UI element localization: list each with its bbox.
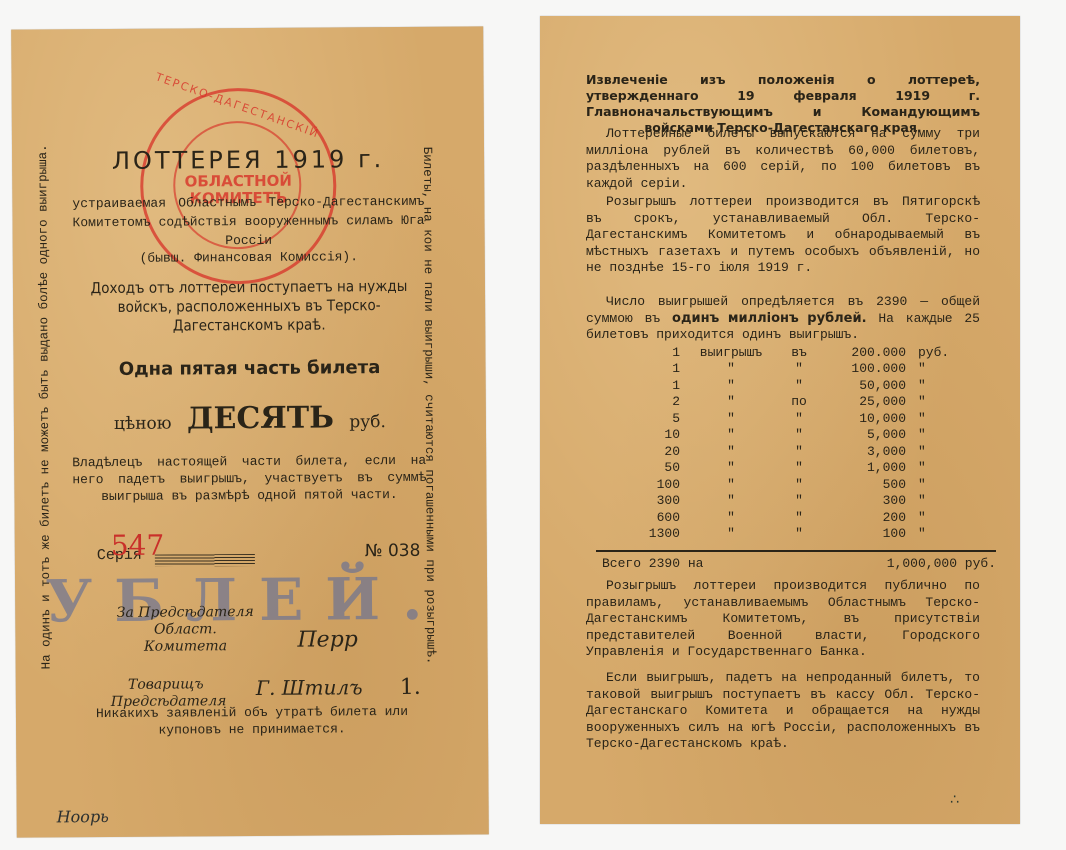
prize-prep: "	[776, 443, 822, 460]
value-suffix: руб.	[349, 412, 386, 432]
prize-amount: 5,000	[822, 427, 912, 444]
owner-note: Владѣлецъ настоящей части билета, если н…	[72, 452, 426, 505]
prize-prep: "	[776, 509, 822, 526]
prize-unit: "	[912, 394, 964, 411]
prize-unit: "	[912, 361, 964, 378]
prize-unit: руб.	[912, 344, 964, 361]
chairman-label: За Предсѣдателя Област. Комитета	[110, 604, 260, 656]
prize-amount: 100	[822, 526, 912, 543]
prize-count: 1300	[640, 526, 686, 543]
loss-notice: Никакихъ заявленій объ утратѣ билета или…	[76, 703, 428, 739]
prize-prep: въ	[776, 344, 822, 361]
prize-unit: "	[912, 476, 964, 493]
coupon-number: 1.	[400, 675, 421, 700]
prize-word: выигрышъ	[686, 344, 776, 361]
prize-unit: "	[912, 410, 964, 427]
deputy-signature: Г. Штилъ	[256, 675, 363, 700]
ticket-front: ТЕРСКО-ДАГЕСТАНСКІЙ ОБЛАСТНОЙ КОМИТЕТЪ Л…	[11, 26, 489, 837]
prize-row: 300""300"	[640, 493, 964, 510]
prize-row: 1выигрышъвъ200.000руб.	[640, 344, 964, 361]
paragraph-public-draw: Розыгрышъ лоттереи производится публично…	[586, 578, 980, 661]
prize-word: "	[686, 361, 776, 378]
prize-unit: "	[912, 493, 964, 510]
ticket-back: Извлеченіе изъ положенія о лоттереѣ, утв…	[540, 16, 1020, 824]
prize-word: "	[686, 526, 776, 543]
prize-word: "	[686, 476, 776, 493]
prize-prep: "	[776, 476, 822, 493]
prize-amount: 25,000	[822, 394, 912, 411]
prize-word: "	[686, 509, 776, 526]
value-word: ДЕСЯТЬ	[187, 400, 334, 436]
prize-amount: 100.000	[822, 361, 912, 378]
prize-row: 5""10,000"	[640, 410, 964, 427]
prize-count: 10	[640, 427, 686, 444]
prize-count: 1	[640, 361, 686, 378]
value-prefix: цѣною	[114, 414, 172, 434]
prize-prep: "	[776, 493, 822, 510]
prize-word: "	[686, 410, 776, 427]
prize-amount: 10,000	[822, 410, 912, 427]
chairman-signature: Перр	[297, 627, 358, 652]
prize-row: 50""1,000"	[640, 460, 964, 477]
prize-row: 10""5,000"	[640, 427, 964, 444]
prize-word: "	[686, 394, 776, 411]
prize-unit: "	[912, 526, 964, 543]
prize-count: 20	[640, 443, 686, 460]
total-divider	[596, 550, 996, 552]
prize-count: 300	[640, 493, 686, 510]
prize-amount: 300	[822, 493, 912, 510]
prize-row: 1300""100"	[640, 526, 964, 543]
prize-row: 1""100.000"	[640, 361, 964, 378]
series-number: 547	[111, 529, 165, 562]
handwritten-note: Ноорь	[57, 807, 109, 826]
prize-unit: "	[912, 460, 964, 477]
prize-row: 100""500"	[640, 476, 964, 493]
prize-amount: 50,000	[822, 377, 912, 394]
income-note: Доходъ отъ лоттереи поступаетъ на нужды …	[73, 277, 425, 336]
ticket-number: № 038	[365, 541, 421, 561]
prize-word: "	[686, 427, 776, 444]
prize-unit: "	[912, 443, 964, 460]
prize-count: 100	[640, 476, 686, 493]
prize-count: 50	[640, 460, 686, 477]
series-line-rule	[155, 554, 255, 567]
prize-prep: "	[776, 526, 822, 543]
prize-amount: 500	[822, 476, 912, 493]
prize-prep: по	[776, 394, 822, 411]
prize-row: 20""3,000"	[640, 443, 964, 460]
prize-count: 5	[640, 410, 686, 427]
prize-word: "	[686, 460, 776, 477]
prize-count: 1	[640, 344, 686, 361]
prize-word: "	[686, 493, 776, 510]
total-amount: 1,000,000 руб.	[887, 556, 996, 571]
prize-row: 1""50,000"	[640, 377, 964, 394]
prize-count: 600	[640, 509, 686, 526]
paragraph-prizes: Число выигрышей опредѣляется въ 2390 — о…	[586, 294, 980, 344]
prize-prep: "	[776, 377, 822, 394]
handwritten-mark: ∴	[950, 792, 959, 808]
total-row: Всего 2390 на 1,000,000 руб.	[602, 556, 996, 571]
prize-prep: "	[776, 361, 822, 378]
prize-word: "	[686, 377, 776, 394]
prize-count: 1	[640, 377, 686, 394]
prize-amount: 3,000	[822, 443, 912, 460]
organizer-text: устраиваемая Областнымъ Терско-Дагестанс…	[72, 192, 424, 251]
prize-prep: "	[776, 410, 822, 427]
prize-unit: "	[912, 377, 964, 394]
prize-unit: "	[912, 509, 964, 526]
prize-amount: 1,000	[822, 460, 912, 477]
prize-unit: "	[912, 427, 964, 444]
prize-amount: 200	[822, 509, 912, 526]
total-label: Всего 2390 на	[602, 556, 703, 571]
prize-amount: 200.000	[822, 344, 912, 361]
prize-row: 2"по25,000"	[640, 394, 964, 411]
prizes-intro-bold: одинъ милліонъ рублей.	[672, 311, 867, 326]
prize-count: 2	[640, 394, 686, 411]
prize-word: "	[686, 443, 776, 460]
paragraph-unsold: Если выигрышъ, падетъ на непроданный бил…	[586, 670, 980, 753]
prize-prep: "	[776, 460, 822, 477]
prize-prep: "	[776, 427, 822, 444]
prize-table: 1выигрышъвъ200.000руб.1""100.000"1""50,0…	[640, 344, 964, 542]
prize-row: 600""200"	[640, 509, 964, 526]
paragraph-draw: Розыгрышъ лоттереи производится въ Пятиг…	[586, 194, 980, 277]
paragraph-issue: Лоттерейные билеты выпускаются на сумму …	[586, 126, 980, 192]
